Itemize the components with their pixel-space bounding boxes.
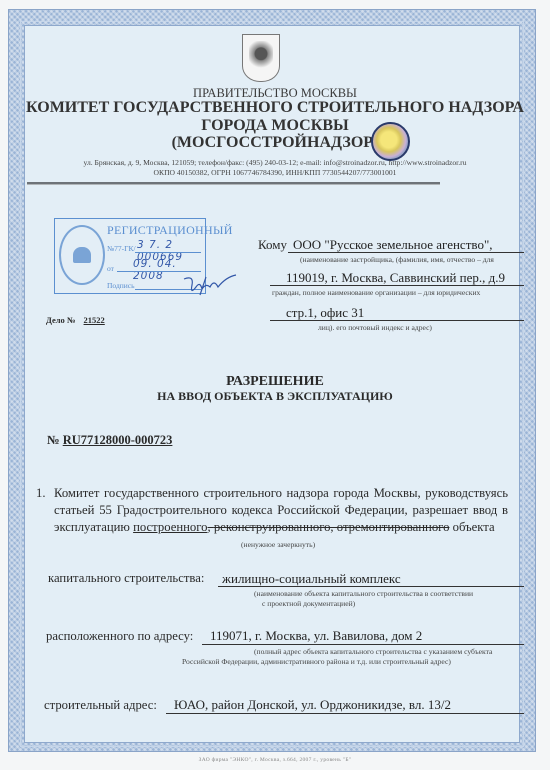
recipient-hint-3: лиц). его почтовый индекс и адрес) — [318, 323, 432, 332]
case-value: 21522 — [84, 315, 105, 325]
location-line — [202, 644, 524, 645]
construction-address-value: ЮАО, район Донской, ул. Орджоникидзе, вл… — [174, 697, 451, 713]
paragraph-number: 1. — [36, 485, 46, 502]
contact-line-1: ул. Брянская, д. 9, Москва, 121059; теле… — [0, 158, 550, 168]
built-option: построенного — [133, 520, 207, 534]
location-hint-1: (полный адрес объекта капитального строи… — [254, 647, 492, 656]
case-label: Дело № — [46, 315, 75, 325]
construction-address-line — [166, 713, 524, 714]
case-number: Дело № 21522 — [46, 315, 105, 325]
recipient-name: ООО "Русское земельное агенство", — [293, 237, 493, 253]
object-label: капитального строительства: — [48, 571, 204, 586]
document-subtitle: НА ВВОД ОБЪЕКТА В ЭКСПЛУАТАЦИЮ — [0, 389, 550, 404]
recipient-hint-2: граждан, полное наименование организации… — [272, 288, 480, 297]
hologram-seal-icon — [371, 122, 410, 161]
committee-short-name: (МОСГОССТРОЙНАДЗОР) — [0, 134, 550, 152]
paragraph-end: объекта — [449, 520, 494, 534]
location-label: расположенного по адресу: — [46, 629, 193, 644]
recipient-address-1: 119019, г. Москва, Саввинский пер., д.9 — [286, 270, 505, 286]
document-title: РАЗРЕШЕНИЕ — [0, 374, 550, 390]
recipient-address-1-line — [270, 285, 524, 286]
header-separator — [27, 182, 440, 185]
permit-paragraph: 1. Комитет государственного строительног… — [36, 485, 508, 536]
permit-number: № RU77128000-000723 — [47, 433, 172, 448]
contact-info: ул. Брянская, д. 9, Москва, 121059; теле… — [0, 158, 550, 178]
handwritten-signature-icon — [180, 273, 240, 297]
permit-number-label: № — [47, 433, 60, 447]
location-hint-2: Российской Федерации, административного … — [182, 657, 451, 666]
recipient-label: Кому — [258, 237, 287, 253]
committee-city: ГОРОДА МОСКВЫ — [0, 117, 550, 135]
struck-options: реконструированного, отремонтированного — [214, 520, 450, 534]
registration-seal-icon — [59, 225, 105, 285]
stamp-date-label: от — [107, 264, 114, 273]
recipient-hint-1: (наименование застройщика, (фамилия, имя… — [300, 255, 494, 264]
object-hint-1: (наименование объекта капитального строи… — [254, 589, 473, 598]
recipient-address-2-line — [270, 320, 524, 321]
stamp-signature-label: Подпись — [107, 281, 135, 290]
contact-line-2: ОКПО 40150382, ОГРН 1067746784390, ИНН/К… — [0, 168, 550, 178]
strike-hint: (ненужное зачеркнуть) — [241, 540, 315, 549]
location-value: 119071, г. Москва, ул. Вавилова, дом 2 — [210, 628, 422, 644]
construction-address-label: строительный адрес: — [44, 698, 157, 713]
printer-footer: ЗАО фирма "ЭНКО", г. Москва, з.664, 2007… — [0, 757, 550, 763]
recipient-name-line — [288, 252, 524, 253]
stamp-title: РЕГИСТРАЦИОННЫЙ — [107, 223, 233, 238]
object-hint-2: с проектной документацией) — [262, 599, 355, 608]
stamp-number-label: №77-ГК/ — [107, 244, 136, 253]
moscow-coat-of-arms-icon — [242, 34, 280, 82]
object-value: жилищно-социальный комплекс — [222, 571, 401, 587]
object-line — [218, 586, 524, 587]
permit-number-value: RU77128000-000723 — [63, 433, 173, 447]
committee-title: КОМИТЕТ ГОСУДАРСТВЕННОГО СТРОИТЕЛЬНОГО Н… — [0, 99, 550, 117]
recipient-address-2: стр.1, офис 31 — [286, 305, 364, 321]
